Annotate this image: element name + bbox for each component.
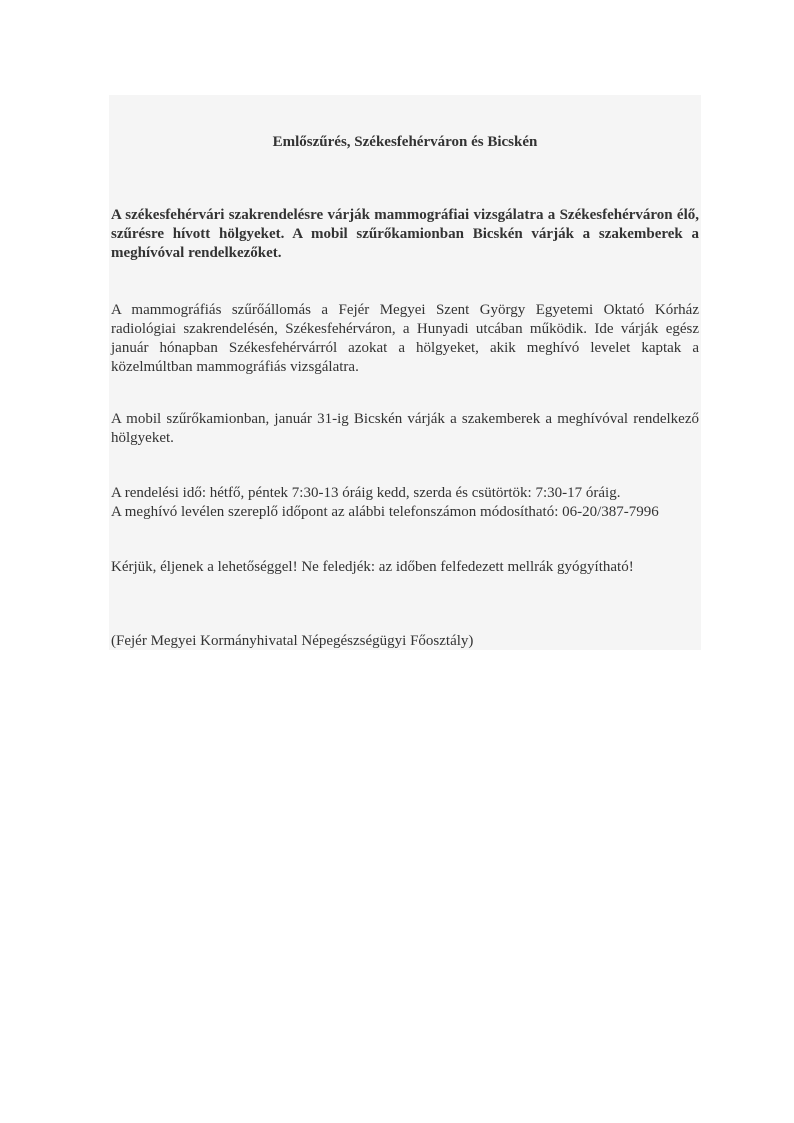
article-title: Emlőszűrés, Székesfehérváron és Bicskén (109, 132, 701, 152)
opening-hours-line: A rendelési idő: hétfő, péntek 7:30-13 ó… (111, 484, 699, 503)
article-lead: A székesfehérvári szakrendelésre várják … (111, 206, 699, 263)
appeal-text: Kérjük, éljenek a lehetőséggel! Ne feled… (111, 558, 699, 577)
paragraph-screening-station: A mammográfiás szűrőállomás a Fejér Megy… (111, 301, 699, 377)
article-container: Emlőszűrés, Székesfehérváron és Bicskén … (109, 95, 701, 650)
opening-hours: A rendelési idő: hétfő, péntek 7:30-13 ó… (111, 484, 699, 522)
source-attribution: (Fejér Megyei Kormányhivatal Népegészség… (111, 632, 699, 651)
phone-change-line: A meghívó levélen szereplő időpont az al… (111, 503, 699, 522)
paragraph-mobile-truck: A mobil szűrőkamionban, január 31-ig Bic… (111, 410, 699, 448)
